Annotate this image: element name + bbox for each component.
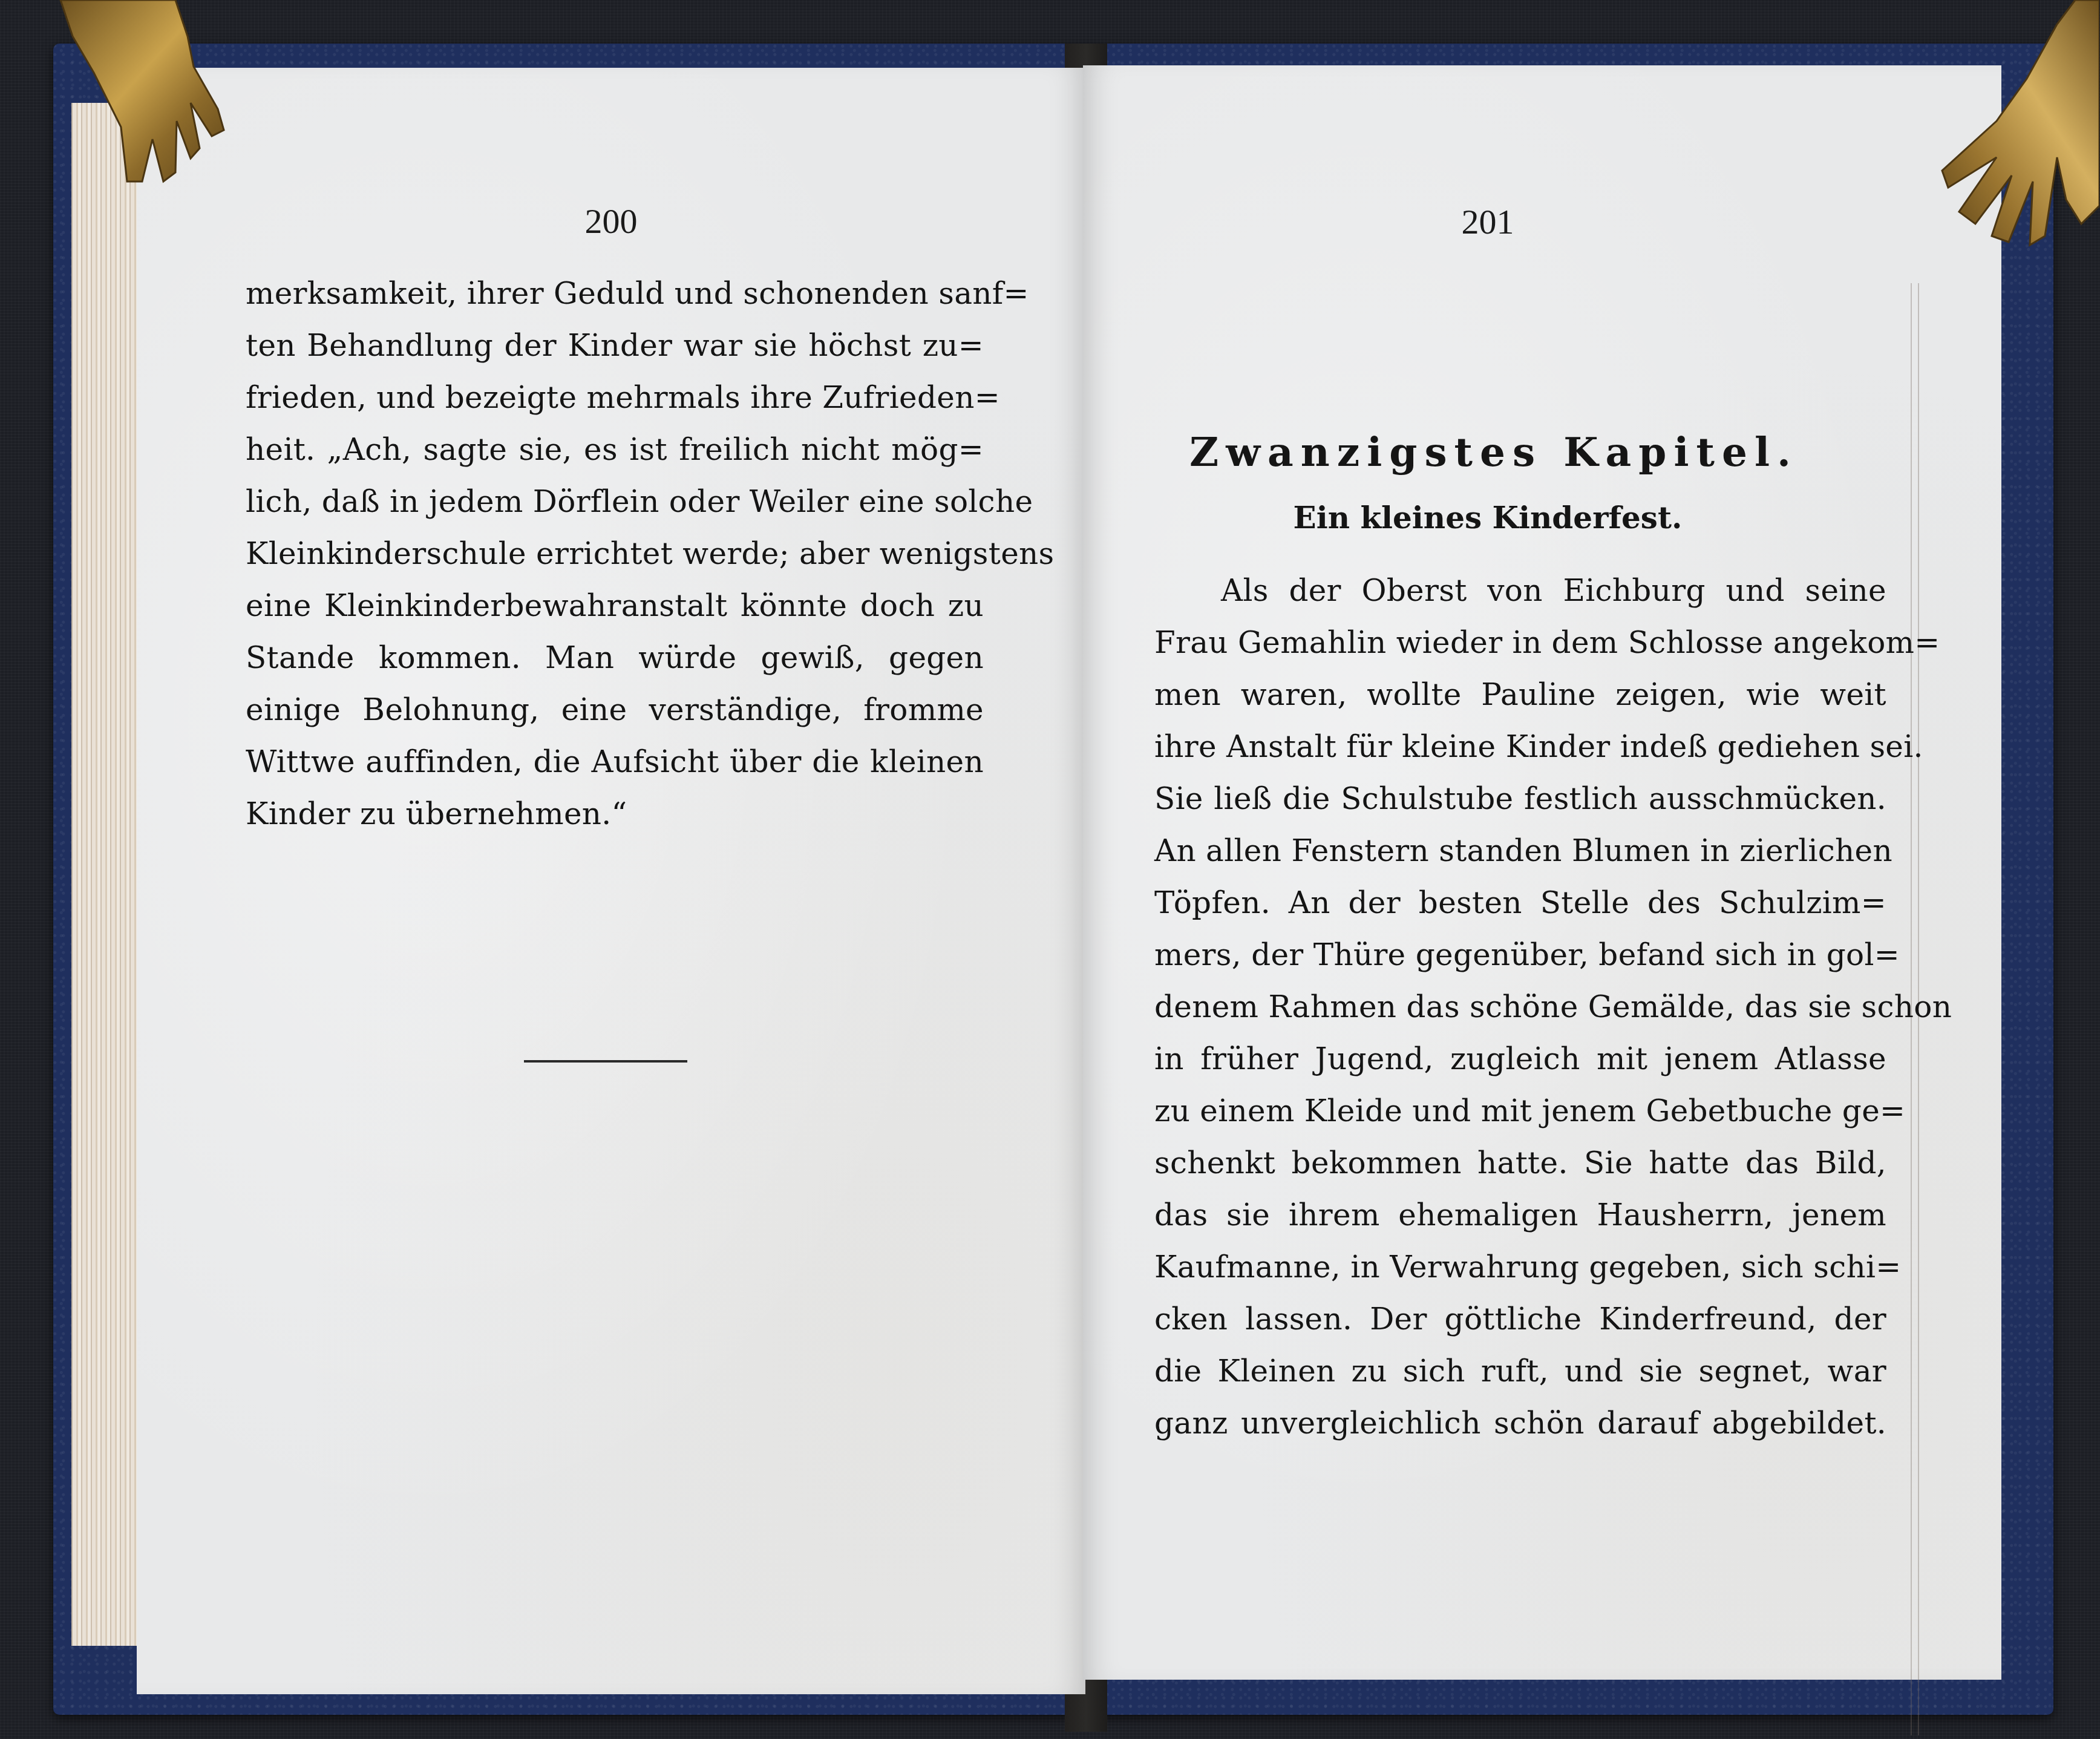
text-line: Töpfen. An der besten Stelle des Schulzi…	[1154, 877, 1886, 929]
text-line: Sie ließ die Schulstube festlich ausschm…	[1154, 773, 1886, 825]
text-line: cken lassen. Der göttliche Kinderfreund,…	[1154, 1293, 1886, 1345]
right-page-text: Als der Oberst von Eichburg und seine Fr…	[1154, 565, 1886, 1449]
text-line: Kinder zu übernehmen.“	[246, 788, 984, 840]
brass-hand-weight-left-icon	[36, 0, 278, 206]
left-page-text: merksamkeit, ihrer Geduld und schonenden…	[246, 267, 984, 840]
text-line: in früher Jugend, zugleich mit jenem Atl…	[1154, 1033, 1886, 1085]
left-page-number: 200	[137, 201, 1085, 241]
text-line: Kleinkinderschule errichtet werde; aber …	[246, 528, 984, 580]
right-page: 201 Zwanzigstes Kapitel. Ein kleines Kin…	[1083, 65, 2001, 1680]
chapter-title: Zwanzigstes Kapitel.	[1035, 428, 1953, 476]
text-line: Kaufmanne, in Verwahrung gegeben, sich s…	[1154, 1241, 1886, 1293]
text-line: denem Rahmen das schöne Gemälde, das sie…	[1154, 981, 1886, 1033]
text-line: eine Kleinkinderbewahranstalt könnte doc…	[246, 580, 984, 632]
text-line: Wittwe auffinden, die Aufsicht über die …	[246, 736, 984, 788]
text-line: frieden, und bezeigte mehrmals ihre Zufr…	[246, 372, 984, 424]
page-block-fore-edge	[71, 103, 139, 1646]
text-line: ihre Anstalt für kleine Kinder indeß ged…	[1154, 721, 1886, 773]
text-line: Frau Gemahlin wieder in dem Schlosse ang…	[1154, 617, 1886, 669]
section-end-rule	[524, 1060, 687, 1063]
right-page-number: 201	[1029, 201, 1947, 242]
text-line: merksamkeit, ihrer Geduld und schonenden…	[246, 267, 984, 319]
text-line: ganz unvergleichlich schön darauf abgebi…	[1154, 1397, 1886, 1449]
text-line: Als der Oberst von Eichburg und seine	[1154, 565, 1886, 617]
text-line: heit. „Ach, sagte sie, es ist freilich n…	[246, 424, 984, 476]
text-line: lich, daß in jedem Dörflein oder Weiler …	[246, 476, 984, 528]
text-line: die Kleinen zu sich ruft, und sie segnet…	[1154, 1345, 1886, 1397]
text-line: An allen Fenstern standen Blumen in zier…	[1154, 825, 1886, 877]
text-line: zu einem Kleide und mit jenem Gebetbuche…	[1154, 1085, 1886, 1137]
text-line: Stande kommen. Man würde gewiß, gegen	[246, 632, 984, 684]
chapter-subtitle: Ein kleines Kinderfest.	[1029, 500, 1947, 535]
text-line: ten Behandlung der Kinder war sie höchst…	[246, 319, 984, 372]
text-line: schenkt bekommen hatte. Sie hatte das Bi…	[1154, 1137, 1886, 1189]
text-line: mers, der Thüre gegenüber, befand sich i…	[1154, 929, 1886, 981]
text-line: einige Belohnung, eine verständige, from…	[246, 684, 984, 736]
left-page: 200 merksamkeit, ihrer Geduld und schone…	[137, 68, 1085, 1694]
text-line: men waren, wollte Pauline zeigen, wie we…	[1154, 669, 1886, 721]
brass-hand-weight-right-icon	[1857, 0, 2099, 266]
text-line: das sie ihrem ehemaligen Hausherrn, jene…	[1154, 1189, 1886, 1241]
